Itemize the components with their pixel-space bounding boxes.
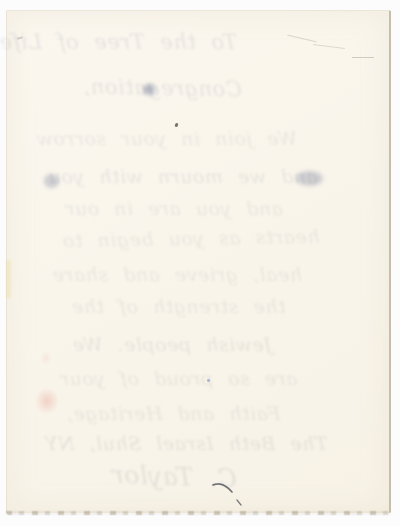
handwriting-line: We join in your sorrow — [52, 128, 297, 150]
handwriting-line: are so proud of your — [55, 368, 302, 390]
handwriting-line: The Beth Israel Shul, NY — [40, 433, 332, 455]
handwriting-line: and you are in our — [55, 198, 293, 220]
paper-bottom-edge — [6, 511, 391, 515]
handwriting-line: heal, grieve and share — [48, 264, 306, 286]
ink-accent — [296, 171, 323, 186]
red-smudge — [38, 348, 54, 368]
handwriting-line: Jewish people. We — [42, 334, 302, 356]
handwriting-line: Congregation, — [80, 75, 245, 102]
red-smudge — [31, 383, 63, 419]
handwriting-line: the strength of the — [55, 296, 302, 318]
ink-accent — [44, 174, 59, 188]
handwriting-line: To the Tree of Life — [62, 30, 237, 54]
scratch-line — [352, 57, 374, 58]
pen-mark — [210, 480, 248, 510]
handwriting-line: and we mourn with you — [42, 166, 324, 188]
handwriting-line: Faith and Heritage, — [55, 403, 292, 425]
blue-ink-speck — [207, 379, 210, 382]
ink-accent — [143, 84, 155, 95]
edge-tinge — [6, 260, 11, 298]
